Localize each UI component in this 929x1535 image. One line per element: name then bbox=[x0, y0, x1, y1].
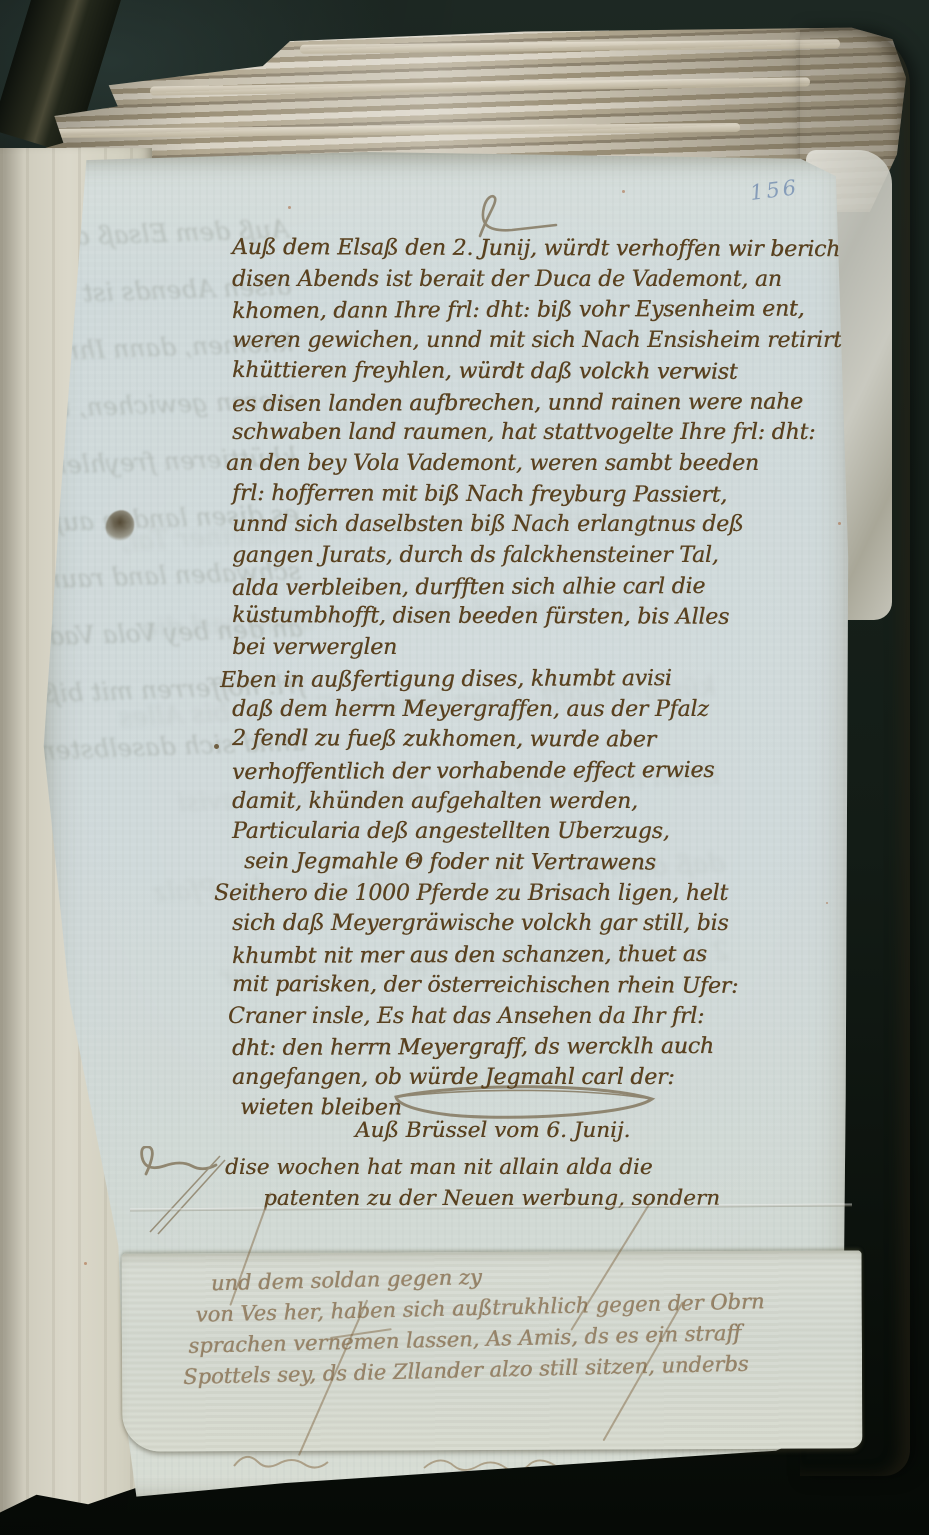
page-edge bbox=[40, 123, 740, 138]
main-text-block: Auß dem Elsaß den 2. Junij, würdt verhof… bbox=[232, 234, 849, 1124]
foxing-speck bbox=[622, 190, 625, 193]
page-edge bbox=[300, 39, 840, 54]
handwriting-line: khomen, dann Ihre frl: dht: biß vohr Eys… bbox=[232, 295, 849, 328]
foxing-speck bbox=[84, 1262, 87, 1265]
foxing-speck bbox=[826, 902, 828, 904]
foxing-speck bbox=[838, 522, 841, 525]
handwriting-line: es disen landen aufbrechen, unnd rainen … bbox=[232, 387, 849, 420]
margin-dot bbox=[214, 744, 219, 749]
handwriting-line: weren gewichen, unnd mit sich Nach Ensis… bbox=[232, 326, 849, 357]
handwriting-line: gangen Jurats, durch ds falckhensteiner … bbox=[232, 541, 849, 572]
handwriting-line: mit parisken, der österreichischen rhein… bbox=[232, 970, 849, 1003]
page-number: 156 bbox=[749, 175, 801, 205]
ink-blot bbox=[101, 506, 138, 546]
handwriting-line: Particularia deß angestellten Uberzugs, bbox=[232, 817, 849, 848]
brussels-text-block: dise wochen hat man nit allain alda die … bbox=[225, 1152, 720, 1214]
handwriting-line: Seithero die 1000 Pferde zu Brisach lige… bbox=[214, 879, 849, 910]
handwriting-line: dise wochen hat man nit allain alda die bbox=[225, 1152, 720, 1183]
foxing-speck bbox=[288, 206, 291, 209]
handwriting-line: verhoffentlich der vorhabende effect erw… bbox=[232, 755, 849, 788]
handwriting-line: an den bey Vola Vademont, weren sambt be… bbox=[226, 449, 849, 480]
handwriting-line: damit, khünden aufgehalten werden, bbox=[232, 787, 849, 818]
handwriting-line: Eben in außfertigung dises, khumbt avisi bbox=[220, 663, 849, 696]
handwriting-line: 2 fendl zu fueß zukhomen, wurde aber bbox=[232, 724, 849, 757]
cutoff-writing bbox=[230, 1448, 350, 1474]
handwriting-line: küstumbhofft, disen beeden fürsten, bis … bbox=[232, 601, 849, 634]
handwriting-line: daß dem herrn Meyergraffen, aus der Pfal… bbox=[232, 695, 849, 726]
handwriting-line: khüttieren freyhlen, würdt daß volckh ve… bbox=[232, 356, 849, 389]
handwriting-line: dht: den herrn Meyergraff, ds wercklh au… bbox=[232, 1032, 849, 1065]
foxing-speck bbox=[703, 242, 705, 244]
handwriting-line: alda verbleiben, durfften sich alhie car… bbox=[232, 571, 849, 604]
handwriting-line: Craner insle, Es hat das Ansehen da Ihr … bbox=[228, 1002, 849, 1033]
handwriting-line: patenten zu der Neuen werbung, sondern bbox=[263, 1183, 720, 1214]
handwriting-line: bei verwerglen bbox=[232, 633, 849, 664]
handwriting-line: khumbt nit mer aus den schanzen, thuet a… bbox=[232, 939, 849, 972]
handwriting-line: unnd sich daselbsten biß Nach erlangtnus… bbox=[232, 510, 849, 541]
section-heading: Auß Brüssel vom 6. Junij. bbox=[355, 1118, 630, 1143]
photograph-of-archive-volume: Auß dem Elsaß den 2. Junij, würdt verhof… bbox=[0, 0, 929, 1535]
handwriting-line: Auß dem Elsaß den 2. Junij, würdt verhof… bbox=[232, 233, 849, 266]
handwriting-line: schwaben land raumen, hat stattvogelte I… bbox=[232, 418, 849, 449]
overlaid-sheet-bottom: und dem soldan gegen zy von Ves her, hab… bbox=[122, 1250, 863, 1451]
handwriting-line: sich daß Meyergräwische volckh gar still… bbox=[232, 909, 849, 940]
page-edge bbox=[150, 77, 810, 95]
handwriting-line: sein Jegmahle Θ foder nit Vertrawens bbox=[244, 847, 849, 880]
faded-text-block: und dem soldan gegen zy von Ves her, hab… bbox=[195, 1255, 767, 1392]
handwriting-line: frl: hofferren mit biß Nach freyburg Pas… bbox=[232, 479, 849, 512]
handwriting-line: disen Abends ist berait der Duca de Vade… bbox=[232, 265, 849, 296]
